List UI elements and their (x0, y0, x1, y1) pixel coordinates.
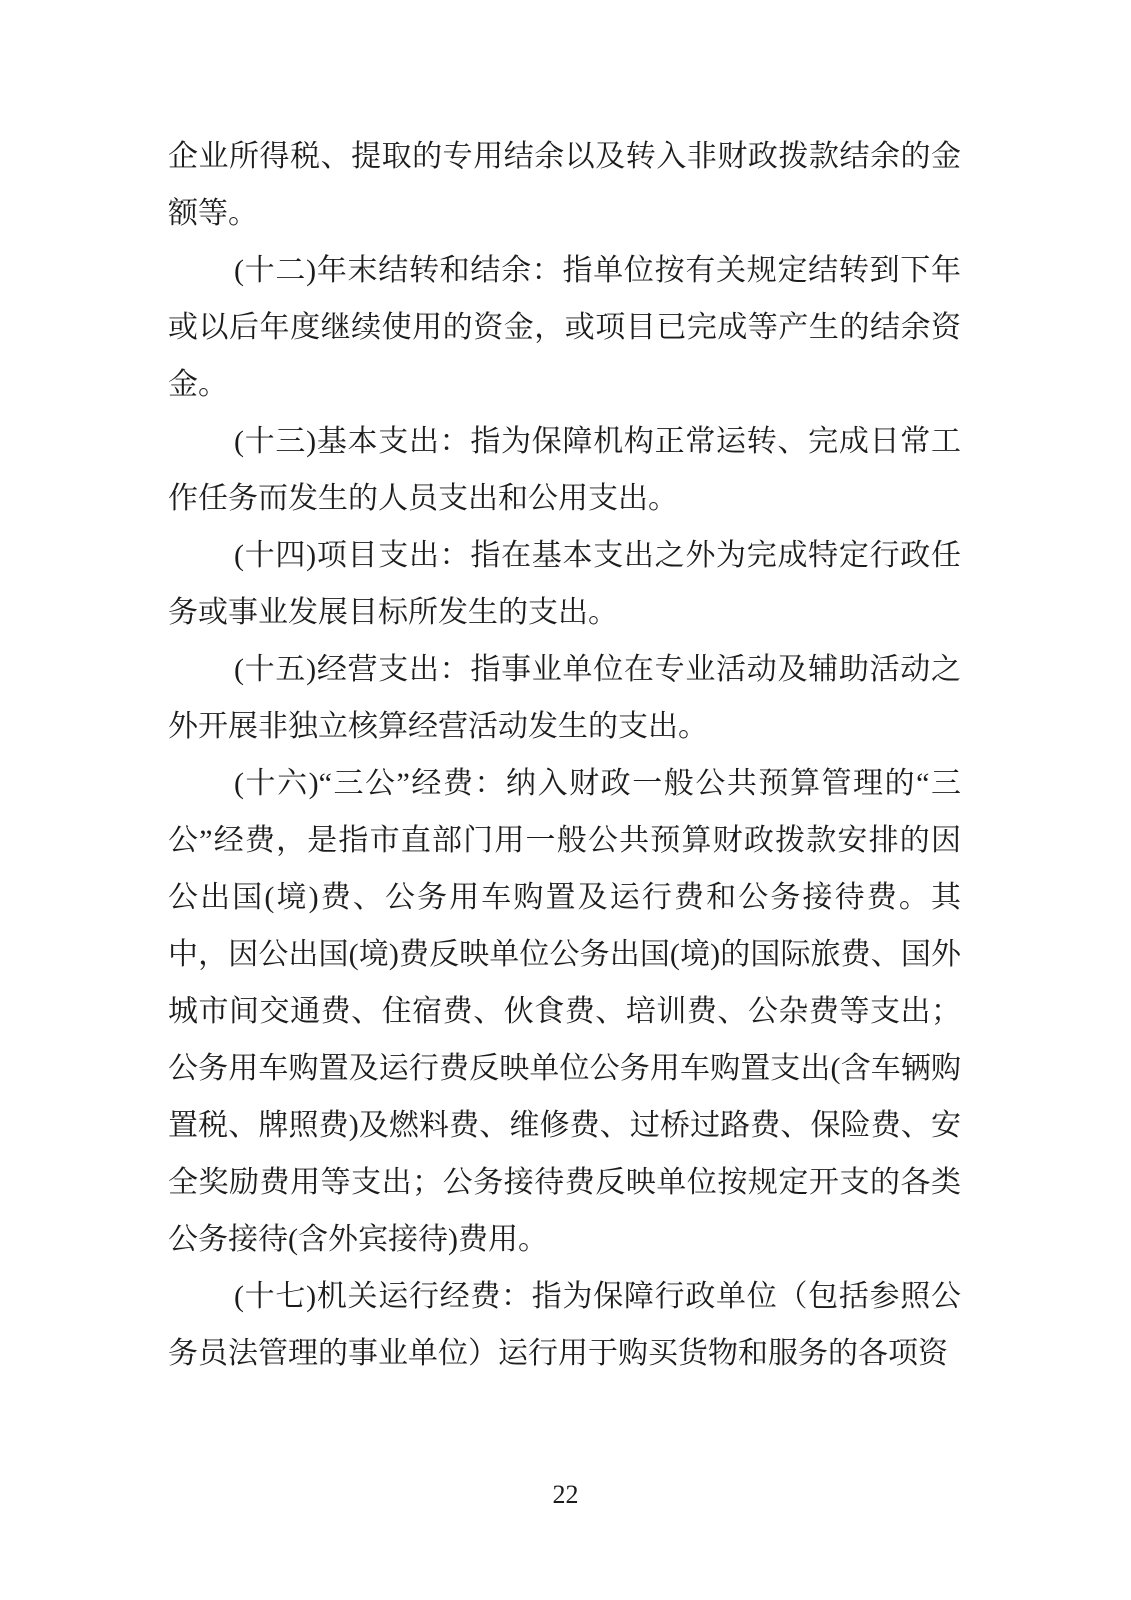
document-body: 企业所得税、提取的专用结余以及转入非财政拨款结余的金额等。 (十二)年末结转和结… (168, 128, 961, 1382)
paragraph-item-15: (十五)经营支出：指事业单位在专业活动及辅助活动之外开展非独立核算经营活动发生的… (168, 641, 961, 755)
paragraph-item-14: (十四)项目支出：指在基本支出之外为完成特定行政任务或事业发展目标所发生的支出。 (168, 527, 961, 641)
page-number: 22 (553, 1480, 579, 1509)
paragraph-continuation: 企业所得税、提取的专用结余以及转入非财政拨款结余的金额等。 (168, 128, 961, 242)
document-page: 企业所得税、提取的专用结余以及转入非财政拨款结余的金额等。 (十二)年末结转和结… (0, 0, 1131, 1600)
paragraph-item-17: (十七)机关运行经费：指为保障行政单位（包括参照公务员法管理的事业单位）运行用于… (168, 1268, 961, 1382)
page-footer: 22 (0, 1480, 1131, 1510)
paragraph-item-13: (十三)基本支出：指为保障机构正常运转、完成日常工作任务而发生的人员支出和公用支… (168, 413, 961, 527)
paragraph-item-16: (十六)“三公”经费：纳入财政一般公共预算管理的“三公”经费，是指市直部门用一般… (168, 755, 961, 1268)
paragraph-item-12: (十二)年末结转和结余：指单位按有关规定结转到下年或以后年度继续使用的资金，或项… (168, 242, 961, 413)
